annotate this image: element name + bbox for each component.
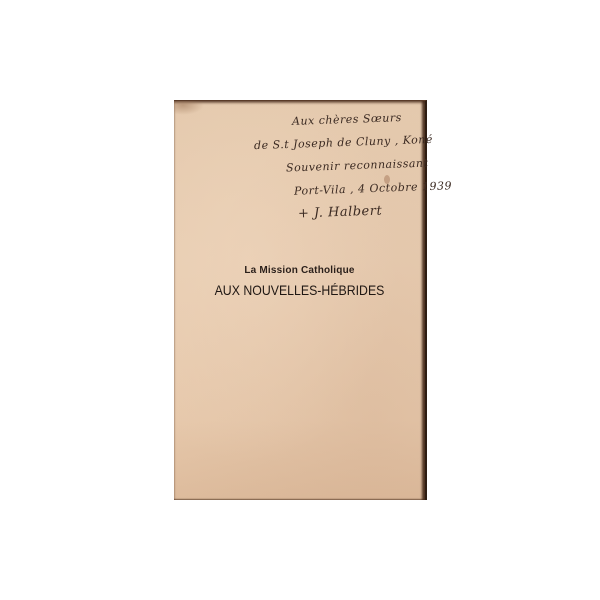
title-line-2: AUX NOUVELLES-HÉBRIDES	[189, 282, 410, 298]
inscription-line-2: de S.t Joseph de Cluny , Koné	[254, 133, 433, 152]
inscription-signature: + J. Halbert	[298, 204, 383, 222]
inscription-line-4: Port-Vila , 4 Octobre 1939	[294, 179, 452, 198]
inscription-line-3: Souvenir reconnaissant	[286, 157, 429, 175]
title-line-1: La Mission Catholique	[174, 265, 425, 276]
corner-stain	[174, 101, 204, 115]
book-cover: Aux chères Sœurs de S.t Joseph de Cluny …	[174, 100, 427, 500]
inscription-line-1: Aux chères Sœurs	[292, 111, 402, 128]
